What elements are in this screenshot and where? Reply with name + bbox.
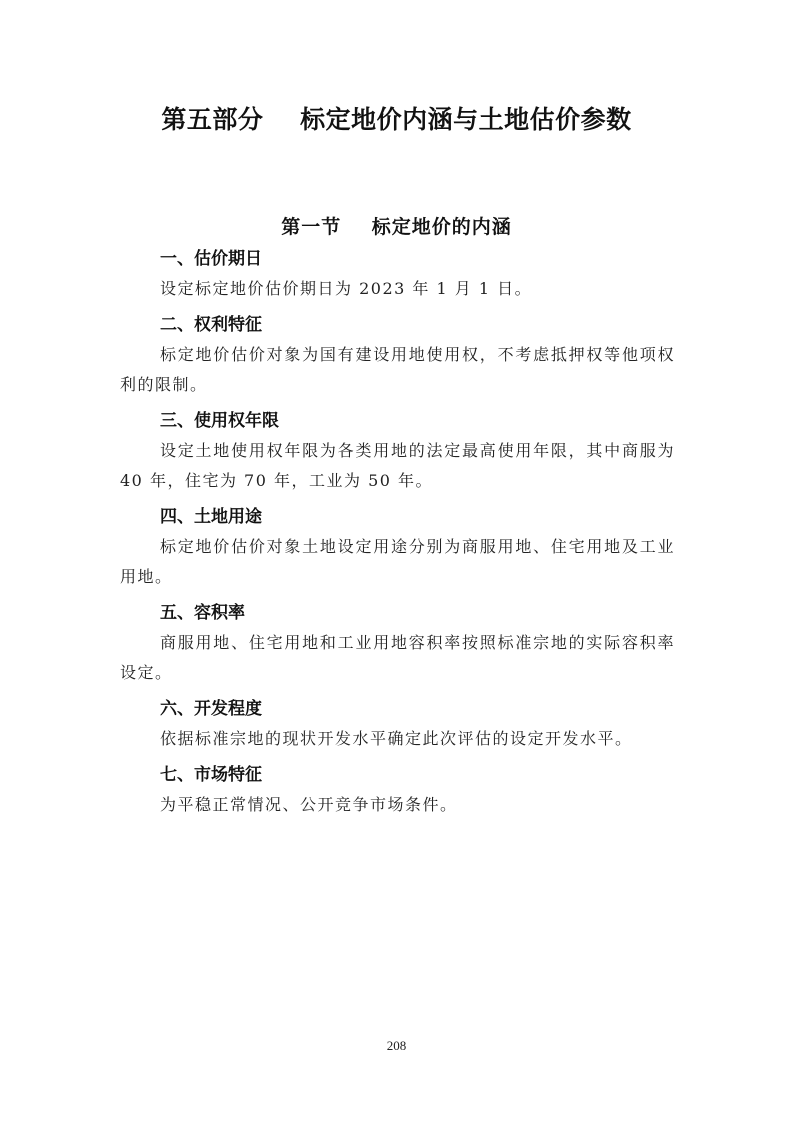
part-title: 第五部分 标定地价内涵与土地估价参数 [0, 100, 793, 136]
item-body: 依据标准宗地的现状开发水平确定此次评估的设定开发水平。 [120, 724, 675, 754]
item-plot-ratio: 五、容积率 商服用地、住宅用地和工业用地容积率按照标准宗地的实际容积率设定。 [120, 598, 675, 688]
item-heading: 二、权利特征 [120, 310, 675, 340]
item-body: 设定标定地价估价期日为 2023 年 1 月 1 日。 [120, 274, 675, 304]
item-valuation-date: 一、估价期日 设定标定地价估价期日为 2023 年 1 月 1 日。 [120, 244, 675, 304]
item-heading: 四、土地用途 [120, 502, 675, 532]
item-body: 为平稳正常情况、公开竞争市场条件。 [120, 790, 675, 820]
item-heading: 五、容积率 [120, 598, 675, 628]
item-rights-features: 二、权利特征 标定地价估价对象为国有建设用地使用权，不考虑抵押权等他项权利的限制… [120, 310, 675, 400]
item-development-level: 六、开发程度 依据标准宗地的现状开发水平确定此次评估的设定开发水平。 [120, 694, 675, 754]
section-title: 第一节 标定地价的内涵 [0, 212, 793, 239]
item-market-features: 七、市场特征 为平稳正常情况、公开竞争市场条件。 [120, 760, 675, 820]
item-body: 商服用地、住宅用地和工业用地容积率按照标准宗地的实际容积率设定。 [120, 628, 675, 688]
item-heading: 三、使用权年限 [120, 406, 675, 436]
page-number: 208 [0, 1038, 793, 1054]
item-body: 标定地价估价对象为国有建设用地使用权，不考虑抵押权等他项权利的限制。 [120, 340, 675, 400]
item-use-term: 三、使用权年限 设定土地使用权年限为各类用地的法定最高使用年限，其中商服为 40… [120, 406, 675, 496]
item-heading: 一、估价期日 [120, 244, 675, 274]
item-body: 设定土地使用权年限为各类用地的法定最高使用年限，其中商服为 40 年，住宅为 7… [120, 436, 675, 496]
document-content: 一、估价期日 设定标定地价估价期日为 2023 年 1 月 1 日。 二、权利特… [120, 244, 675, 826]
item-land-use: 四、土地用途 标定地价估价对象土地设定用途分别为商服用地、住宅用地及工业用地。 [120, 502, 675, 592]
item-heading: 七、市场特征 [120, 760, 675, 790]
item-heading: 六、开发程度 [120, 694, 675, 724]
item-body: 标定地价估价对象土地设定用途分别为商服用地、住宅用地及工业用地。 [120, 532, 675, 592]
